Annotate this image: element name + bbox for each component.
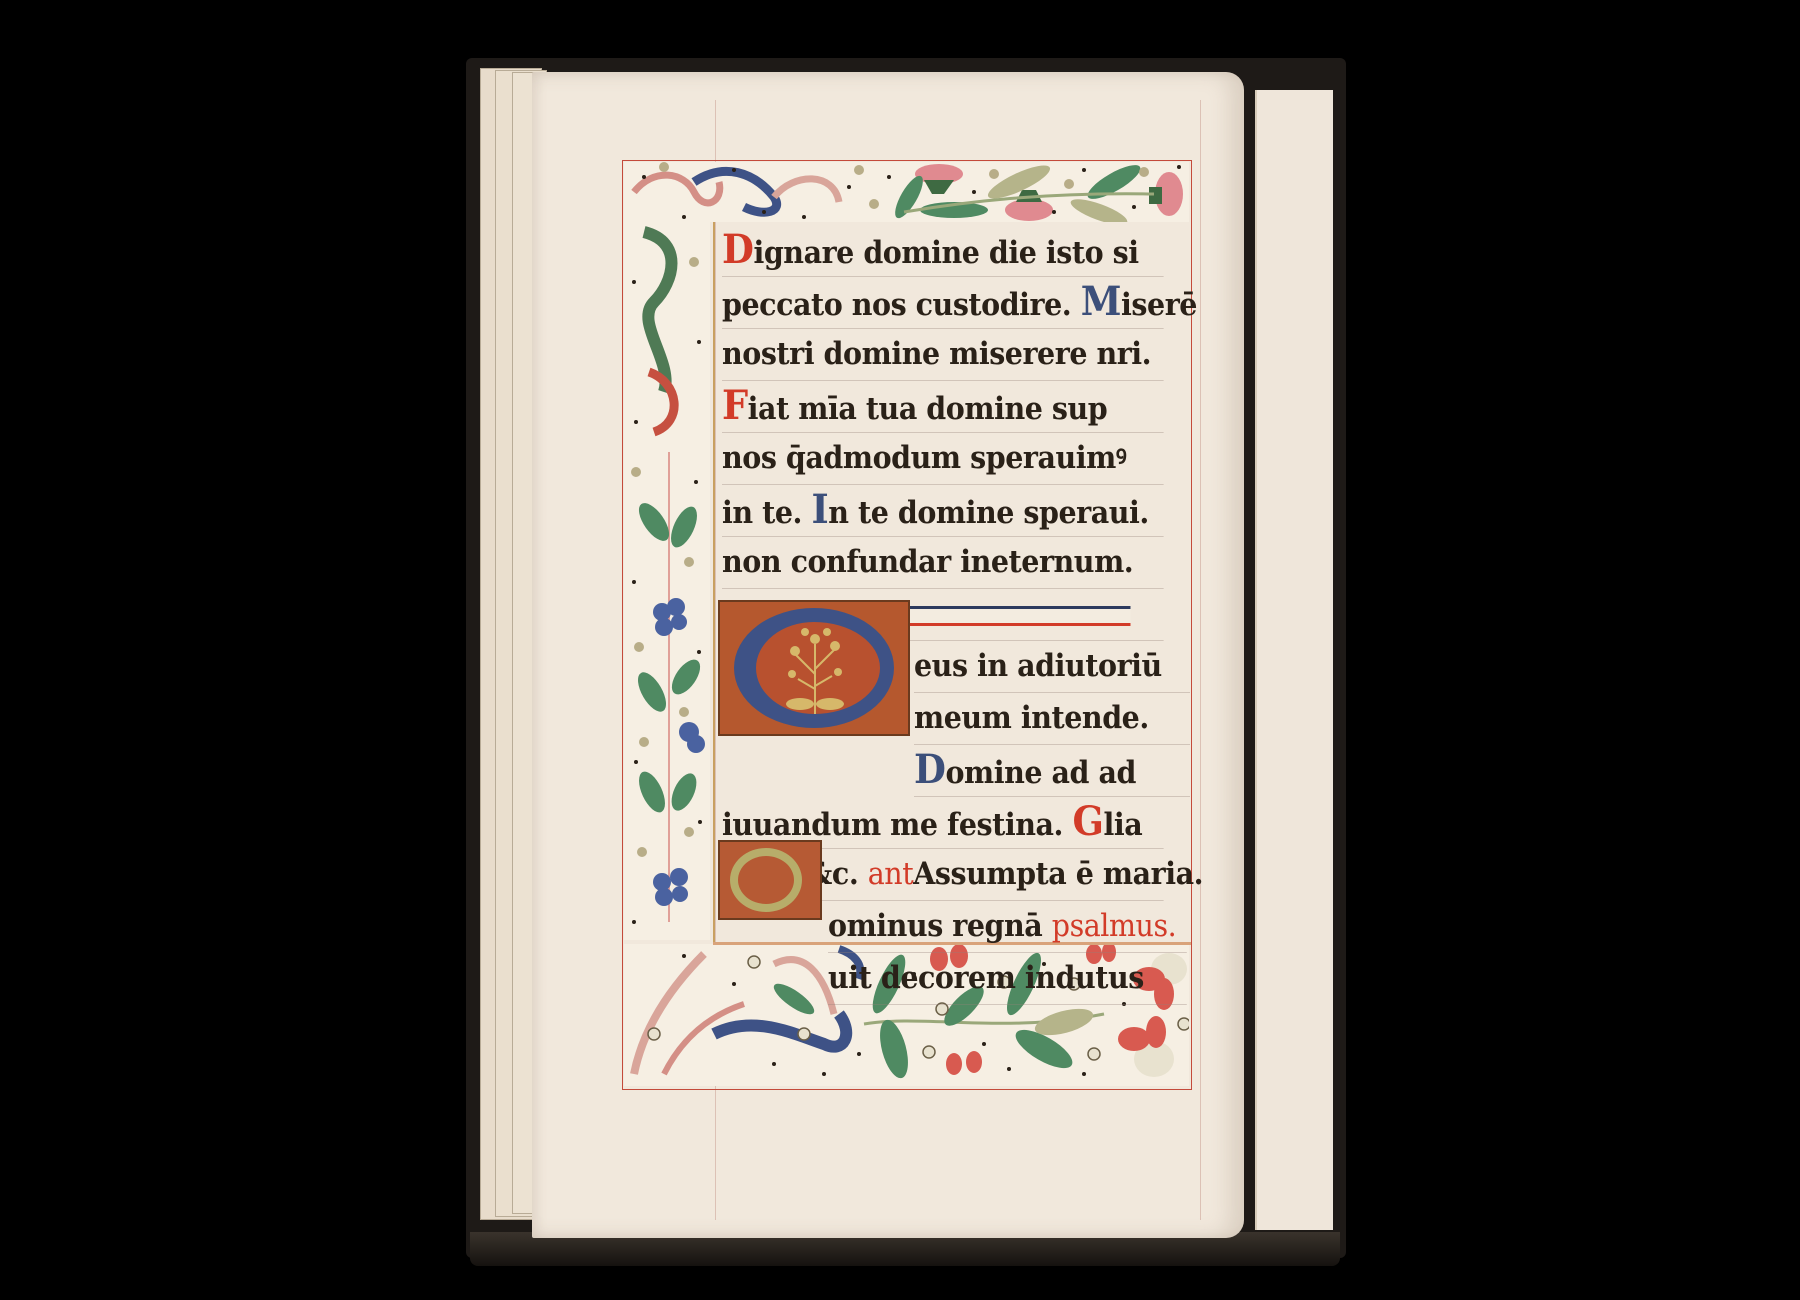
- initial-letter-d: [730, 848, 802, 912]
- rubric-ant: ant: [868, 856, 913, 892]
- acanthus-icon: [634, 171, 839, 212]
- gold-rule: [713, 222, 715, 944]
- text-line: in te. In te domine speraui.: [722, 484, 1164, 537]
- blue-initial: M: [1081, 278, 1121, 325]
- red-initial: G: [1072, 798, 1103, 845]
- violet-flower-icon: [653, 598, 705, 906]
- flowering-plant-icon: [780, 624, 850, 714]
- red-initial: D: [722, 226, 753, 273]
- left-border-decoration: [624, 222, 710, 940]
- text-line: non confundar ineternum.: [722, 536, 1164, 589]
- text-line: nostri domine miserere nri.: [722, 328, 1164, 381]
- text-line: eus in adiutoriū: [914, 640, 1190, 693]
- blue-initial: I: [811, 486, 828, 533]
- facing-page-edge: [1255, 90, 1333, 1230]
- text-line: Fiat mīa tua domine sup: [722, 380, 1164, 433]
- gold-dot-icon: [631, 257, 699, 857]
- acanthus-icon: [634, 949, 860, 1074]
- text-line: Domine ad ad: [914, 744, 1190, 797]
- text-line: peccato nos custodire. Miserē: [722, 276, 1164, 329]
- text-line: Dignare domine die isto si: [722, 224, 1164, 277]
- red-initial: F: [722, 382, 748, 429]
- text-line: nos q̄admodum sperauimꝰ: [722, 432, 1164, 485]
- text-line: uit decorem indutus: [828, 952, 1187, 1005]
- text-line: meum intende.: [914, 692, 1190, 745]
- large-illuminated-initial: [718, 600, 910, 736]
- line-filler: [909, 606, 1130, 626]
- ruling-line: [1200, 100, 1201, 1220]
- acanthus-icon: [644, 232, 672, 392]
- text-line: ominus regnā psalmus.: [828, 900, 1187, 953]
- blue-initial: D: [914, 746, 945, 793]
- small-illuminated-initial: [718, 840, 822, 920]
- top-border-decoration: [624, 162, 1189, 222]
- rubric-psalmus: psalmus.: [1052, 908, 1176, 944]
